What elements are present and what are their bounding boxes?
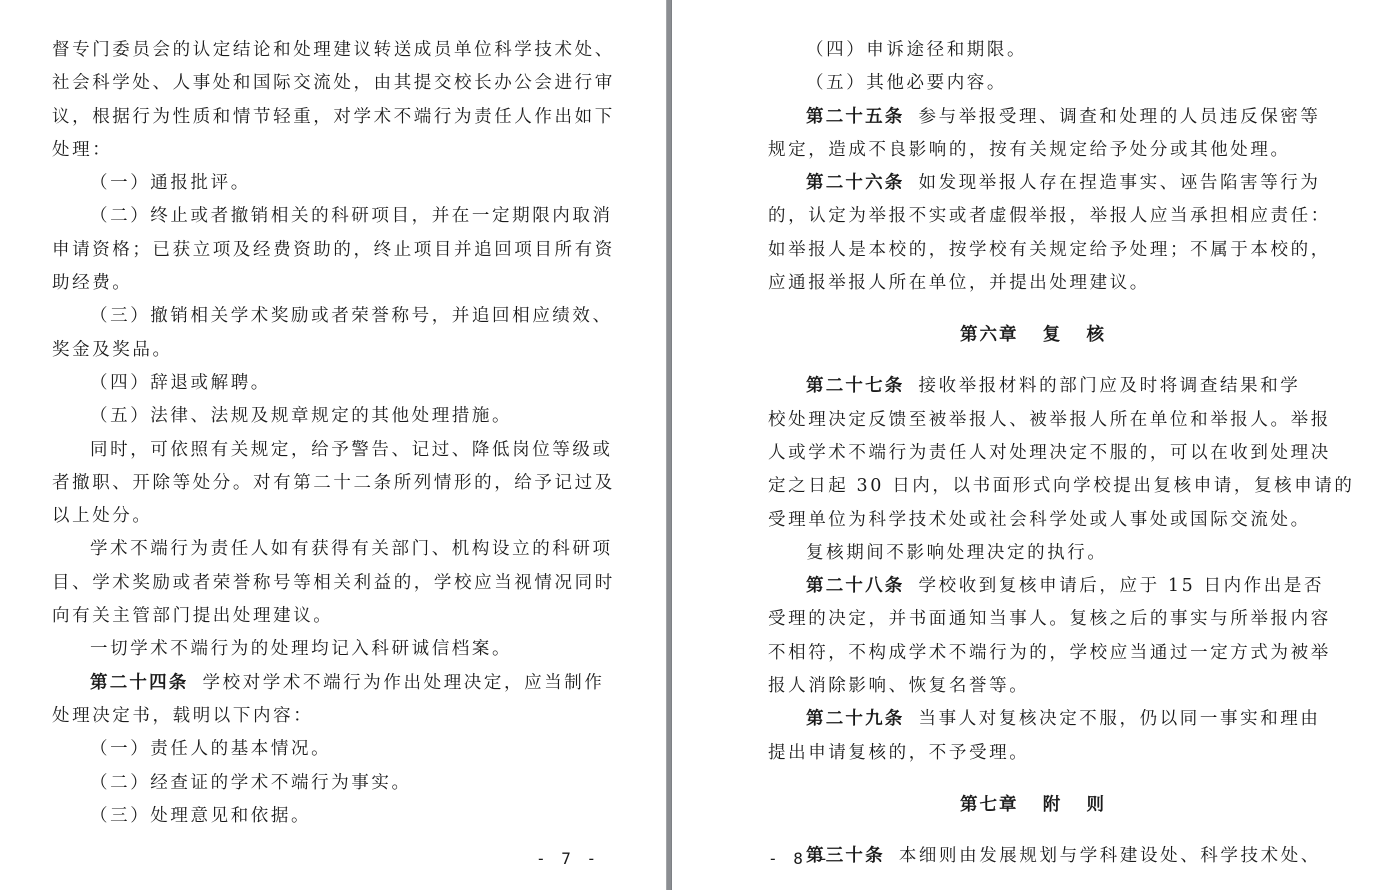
text-line: 规定，造成不良影响的，按有关规定给予处分或其他处理。 xyxy=(768,134,1298,167)
line-text: 督专门委员会的认定结论和处理建议转送成员单位科学技术处、 xyxy=(52,40,615,60)
line-text: 的，认定为举报不实或者虚假举报，举报人应当承担相应责任： xyxy=(768,206,1331,226)
line-text: （二）终止或者撤销相关的科研项目，并在一定期限内取消 xyxy=(90,206,613,226)
text-line: （二）终止或者撤销相关的科研项目，并在一定期限内取消 xyxy=(52,200,580,233)
article-number: 第二十四条 xyxy=(90,673,189,693)
article-line: 第二十八条学校收到复核申请后，应于 15 日内作出是否 xyxy=(768,570,1298,603)
text-line: 复核期间不影响处理决定的执行。 xyxy=(768,537,1298,570)
line-text: 助经费。 xyxy=(52,273,132,293)
text-line: 提出申请复核的，不予受理。 xyxy=(768,737,1298,770)
article-number: 第二十九条 xyxy=(806,709,905,729)
line-text: 学校收到复核申请后，应于 15 日内作出是否 xyxy=(919,576,1325,596)
text-line: 报人消除影响、恢复名誉等。 xyxy=(768,670,1298,703)
line-text: （四）申诉途径和期限。 xyxy=(806,40,1027,60)
line-text: （三）处理意见和依据。 xyxy=(90,806,311,826)
text-line: 校处理决定反馈至被举报人、被举报人所在单位和举报人。举报 xyxy=(768,404,1298,437)
line-text: 学术不端行为责任人如有获得有关部门、机构设立的科研项 xyxy=(90,539,613,559)
article-line: 第二十五条参与举报受理、调查和处理的人员违反保密等 xyxy=(768,101,1298,134)
line-text: 应通报举报人所在单位，并提出处理建议。 xyxy=(768,273,1150,293)
text-line: 目、学术奖励或者荣誉称号等相关利益的，学校应当视情况同时 xyxy=(52,567,580,600)
text-line: （一）通报批评。 xyxy=(52,167,580,200)
article-line: 第三十条本细则由发展规划与学科建设处、科学技术处、 xyxy=(768,840,1298,873)
text-line: 的，认定为举报不实或者虚假举报，举报人应当承担相应责任： xyxy=(768,200,1298,233)
line-text: 校处理决定反馈至被举报人、被举报人所在单位和举报人。举报 xyxy=(768,410,1331,430)
line-text: （二）经查证的学术不端行为事实。 xyxy=(90,773,412,793)
page-8-text: （四）申诉途径和期限。（五）其他必要内容。第二十五条参与举报受理、调查和处理的人… xyxy=(768,34,1298,873)
article-line: 第二十四条学校对学术不端行为作出处理决定，应当制作 xyxy=(52,667,580,700)
text-line: 应通报举报人所在单位，并提出处理建议。 xyxy=(768,267,1298,300)
article-block-25-26: （四）申诉途径和期限。（五）其他必要内容。第二十五条参与举报受理、调查和处理的人… xyxy=(768,34,1298,300)
line-text: 报人消除影响、恢复名誉等。 xyxy=(768,676,1029,696)
text-line: （二）经查证的学术不端行为事实。 xyxy=(52,767,580,800)
article-number: 第二十六条 xyxy=(806,173,905,193)
text-line: 处理决定书，载明以下内容： xyxy=(52,700,580,733)
text-line: 受理单位为科学技术处或社会科学处或人事处或国际交流处。 xyxy=(768,504,1298,537)
text-line: 向有关主管部门提出处理建议。 xyxy=(52,600,580,633)
text-line: 督专门委员会的认定结论和处理建议转送成员单位科学技术处、 xyxy=(52,34,580,67)
page-number: - 7 - xyxy=(536,849,599,868)
line-text: 奖金及奖品。 xyxy=(52,340,173,360)
chapter-heading-6: 第六章 复 核 xyxy=(768,312,1298,358)
line-text: 受理单位为科学技术处或社会科学处或人事处或国际交流处。 xyxy=(768,510,1311,530)
text-line: （三）撤销相关学术奖励或者荣誉称号，并追回相应绩效、 xyxy=(52,300,580,333)
text-line: （一）责任人的基本情况。 xyxy=(52,733,580,766)
line-text: 学校对学术不端行为作出处理决定，应当制作 xyxy=(203,673,605,693)
text-line: 以上处分。 xyxy=(52,500,580,533)
line-text: 以上处分。 xyxy=(52,506,153,526)
line-text: （一）责任人的基本情况。 xyxy=(90,739,331,759)
text-line: （三）处理意见和依据。 xyxy=(52,800,580,833)
document-page-8: （四）申诉途径和期限。（五）其他必要内容。第二十五条参与举报受理、调查和处理的人… xyxy=(672,0,1381,890)
article-block-30: 第三十条本细则由发展规划与学科建设处、科学技术处、 xyxy=(768,840,1298,873)
line-text: 处理： xyxy=(52,140,112,160)
line-text: 者撤职、开除等处分。对有第二十二条所列情形的，给予记过及 xyxy=(52,473,615,493)
text-line: 同时，可依照有关规定，给予警告、记过、降低岗位等级或 xyxy=(52,434,580,467)
line-text: （五）其他必要内容。 xyxy=(806,73,1007,93)
article-block-27-29: 第二十七条接收举报材料的部门应及时将调查结果和学校处理决定反馈至被举报人、被举报… xyxy=(768,370,1298,770)
document-page-7: 督专门委员会的认定结论和处理建议转送成员单位科学技术处、社会科学处、人事处和国际… xyxy=(0,0,666,890)
text-line: 一切学术不端行为的处理均记入科研诚信档案。 xyxy=(52,633,580,666)
page-number: - 8 - xyxy=(768,849,831,868)
article-line: 第二十六条如发现举报人存在捏造事实、诬告陷害等行为 xyxy=(768,167,1298,200)
text-line: 人或学术不端行为责任人对处理决定不服的，可以在收到处理决 xyxy=(768,437,1298,470)
text-line: 奖金及奖品。 xyxy=(52,334,580,367)
text-line: 定之日起 30 日内，以书面形式向学校提出复核申请，复核申请的 xyxy=(768,470,1298,503)
chapter-heading-7: 第七章 附 则 xyxy=(768,782,1298,828)
line-text: 申请资格；已获立项及经费资助的，终止项目并追回项目所有资 xyxy=(52,240,615,260)
text-line: 学术不端行为责任人如有获得有关部门、机构设立的科研项 xyxy=(52,533,580,566)
line-text: 如举报人是本校的，按学校有关规定给予处理；不属于本校的， xyxy=(768,240,1331,260)
line-text: 一切学术不端行为的处理均记入科研诚信档案。 xyxy=(90,639,512,659)
line-text: 议，根据行为性质和情节轻重，对学术不端行为责任人作出如下 xyxy=(52,107,615,127)
text-line: 申请资格；已获立项及经费资助的，终止项目并追回项目所有资 xyxy=(52,234,580,267)
text-line: 如举报人是本校的，按学校有关规定给予处理；不属于本校的， xyxy=(768,234,1298,267)
page-7-text: 督专门委员会的认定结论和处理建议转送成员单位科学技术处、社会科学处、人事处和国际… xyxy=(52,34,580,833)
text-line: （五）法律、法规及规章规定的其他处理措施。 xyxy=(52,400,580,433)
line-text: （一）通报批评。 xyxy=(90,173,251,193)
line-text: （三）撤销相关学术奖励或者荣誉称号，并追回相应绩效、 xyxy=(90,306,613,326)
line-text: 接收举报材料的部门应及时将调查结果和学 xyxy=(919,376,1301,396)
article-number: 第二十八条 xyxy=(806,576,905,596)
line-text: 提出申请复核的，不予受理。 xyxy=(768,743,1029,763)
text-line: （四）辞退或解聘。 xyxy=(52,367,580,400)
article-number: 第二十五条 xyxy=(806,107,905,127)
line-text: 本细则由发展规划与学科建设处、科学技术处、 xyxy=(899,846,1321,866)
line-text: 如发现举报人存在捏造事实、诬告陷害等行为 xyxy=(919,173,1321,193)
text-line: 不相符，不构成学术不端行为的，学校应当通过一定方式为被举 xyxy=(768,637,1298,670)
text-line: 社会科学处、人事处和国际交流处，由其提交校长办公会进行审 xyxy=(52,67,580,100)
text-line: 助经费。 xyxy=(52,267,580,300)
article-line: 第二十九条当事人对复核决定不服，仍以同一事实和理由 xyxy=(768,703,1298,736)
line-text: 处理决定书，载明以下内容： xyxy=(52,706,313,726)
article-number: 第二十七条 xyxy=(806,376,905,396)
line-text: 人或学术不端行为责任人对处理决定不服的，可以在收到处理决 xyxy=(768,443,1331,463)
line-text: （四）辞退或解聘。 xyxy=(90,373,271,393)
line-text: 定之日起 30 日内，以书面形式向学校提出复核申请，复核申请的 xyxy=(768,476,1355,496)
line-text: 不相符，不构成学术不端行为的，学校应当通过一定方式为被举 xyxy=(768,643,1331,663)
line-text: 规定，造成不良影响的，按有关规定给予处分或其他处理。 xyxy=(768,140,1291,160)
line-text: 目、学术奖励或者荣誉称号等相关利益的，学校应当视情况同时 xyxy=(52,573,615,593)
text-line: 处理： xyxy=(52,134,580,167)
text-line: 议，根据行为性质和情节轻重，对学术不端行为责任人作出如下 xyxy=(52,101,580,134)
line-text: 向有关主管部门提出处理建议。 xyxy=(52,606,333,626)
text-line: （四）申诉途径和期限。 xyxy=(768,34,1298,67)
line-text: 复核期间不影响处理决定的执行。 xyxy=(806,543,1108,563)
line-text: 当事人对复核决定不服，仍以同一事实和理由 xyxy=(919,709,1321,729)
line-text: 参与举报受理、调查和处理的人员违反保密等 xyxy=(919,107,1321,127)
line-text: 同时，可依照有关规定，给予警告、记过、降低岗位等级或 xyxy=(90,440,613,460)
text-line: 受理的决定，并书面通知当事人。复核之后的事实与所举报内容 xyxy=(768,603,1298,636)
article-line: 第二十七条接收举报材料的部门应及时将调查结果和学 xyxy=(768,370,1298,403)
text-line: 者撤职、开除等处分。对有第二十二条所列情形的，给予记过及 xyxy=(52,467,580,500)
line-text: 受理的决定，并书面通知当事人。复核之后的事实与所举报内容 xyxy=(768,609,1331,629)
line-text: 社会科学处、人事处和国际交流处，由其提交校长办公会进行审 xyxy=(52,73,615,93)
text-line: （五）其他必要内容。 xyxy=(768,67,1298,100)
line-text: （五）法律、法规及规章规定的其他处理措施。 xyxy=(90,406,512,426)
